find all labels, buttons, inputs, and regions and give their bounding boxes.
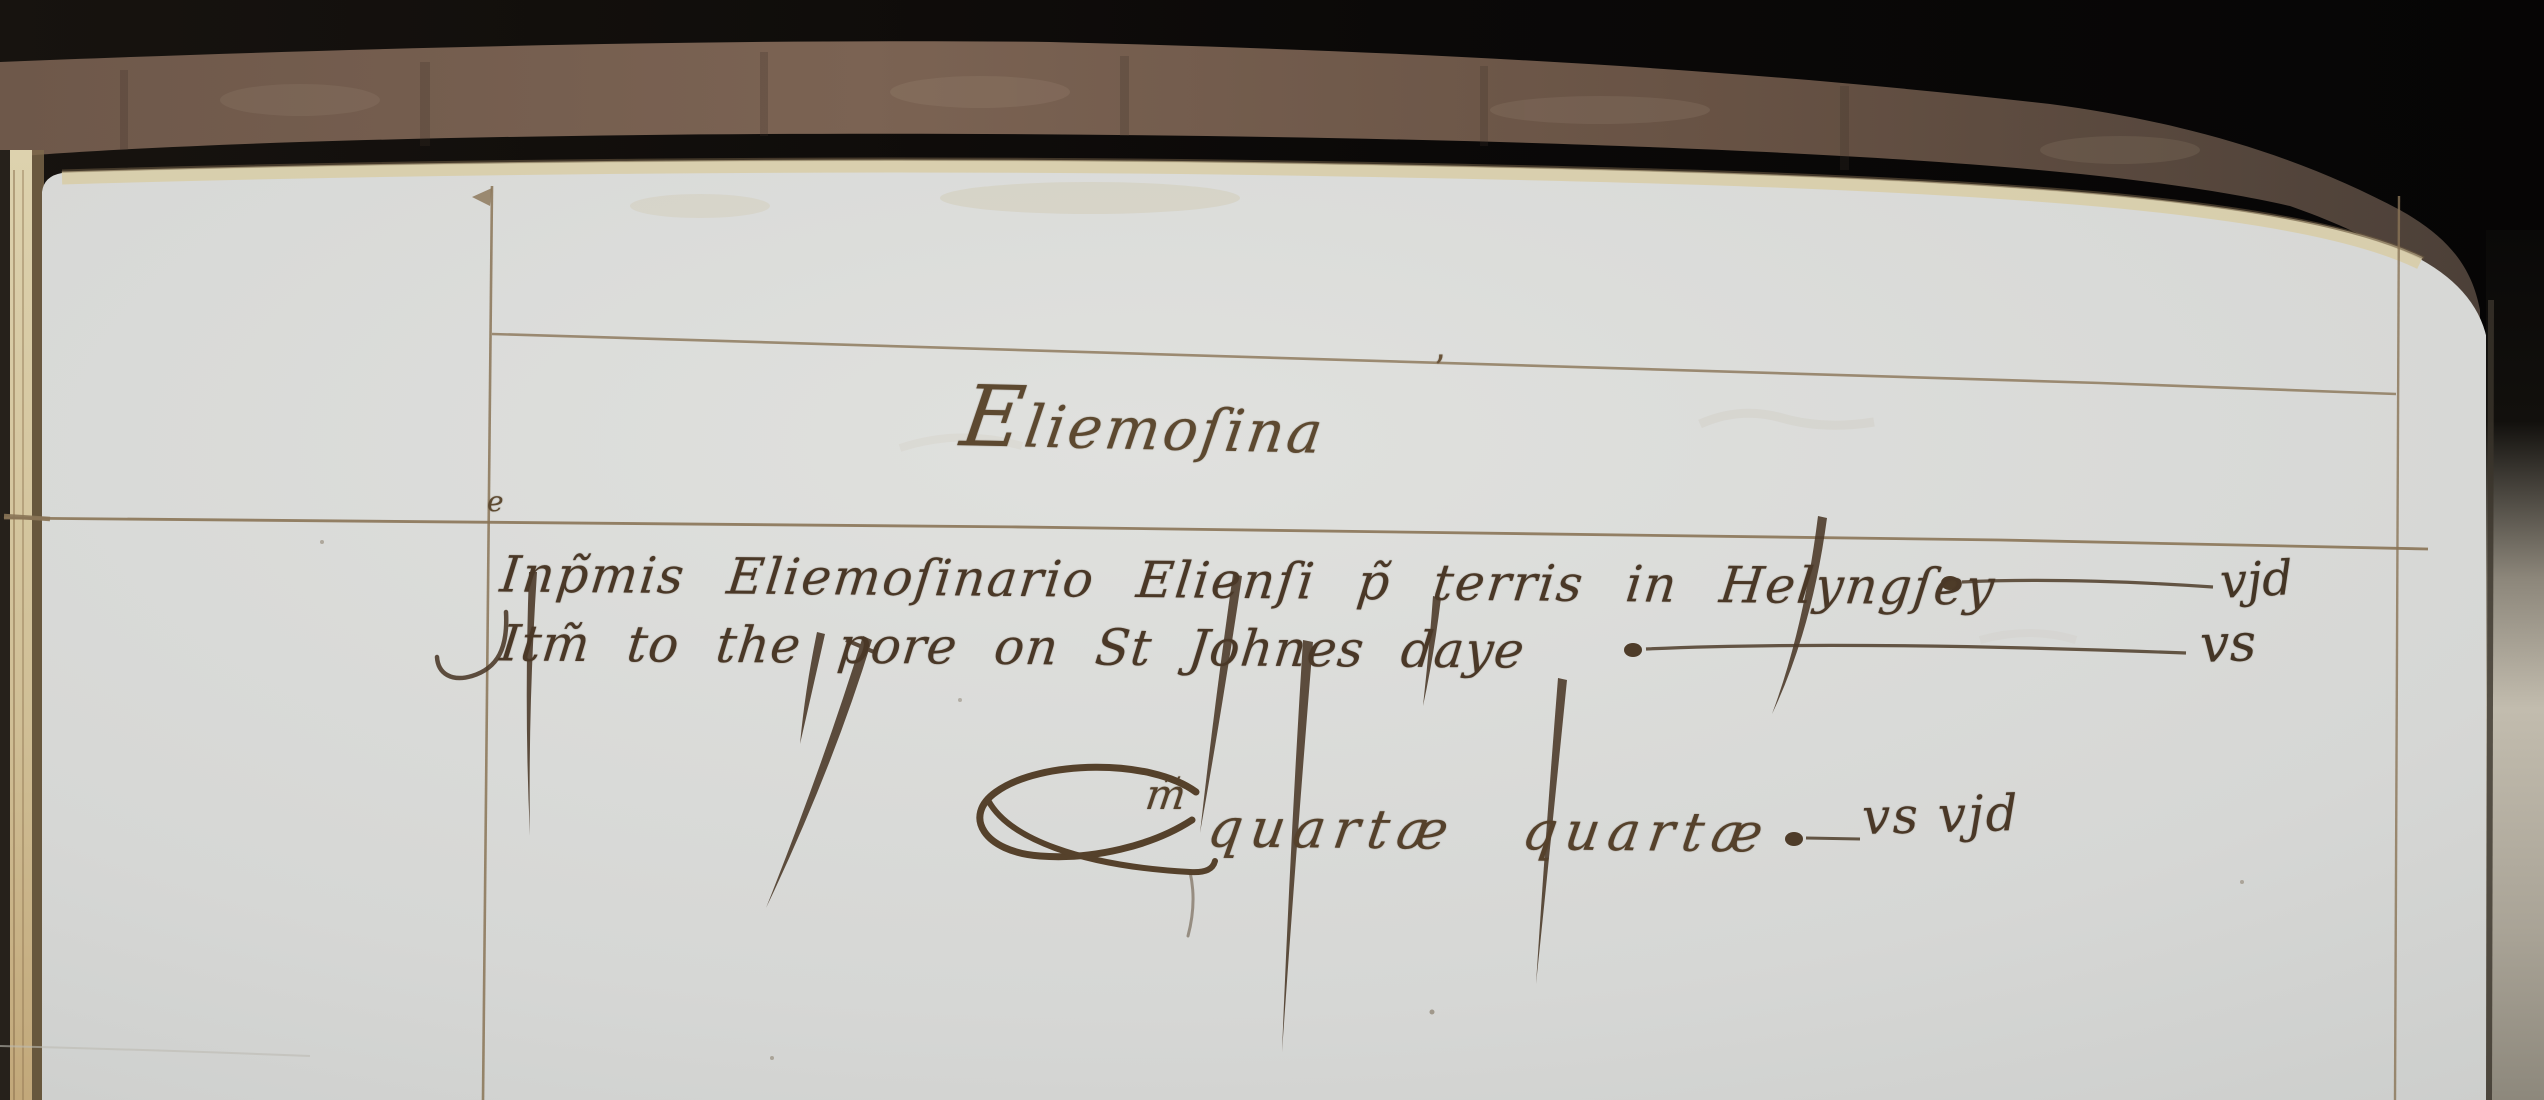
- right-fore-edge: [2486, 230, 2544, 1100]
- entry-line-2-text: Itm̃ to the pore on St Johnes daye: [498, 618, 1528, 675]
- sum-leader-dash: [1806, 838, 1860, 839]
- full-horizontal-rule-left-tick: [4, 516, 50, 519]
- manuscript-artwork: [0, 0, 2544, 1100]
- leader2-drop: [1624, 643, 1642, 657]
- left-fore-edge: [0, 150, 44, 1100]
- entry-line-2-amount: vs: [2199, 617, 2257, 671]
- stray-pen-mark: ’: [1434, 352, 1445, 388]
- sum-text: quartæ quartæ: [1204, 802, 1774, 861]
- sum-leader-drop: [1785, 832, 1803, 846]
- section-heading: Eliemoſina: [956, 374, 1332, 466]
- entry-line-1-text: Inp̃mis Eliemoſinario Elienſi p̃ terris …: [498, 549, 1999, 612]
- sum-abbreviation: m̃: [1143, 774, 1189, 816]
- entry-line-1-amount: vjd: [2219, 554, 2294, 606]
- sum-amount: vs vjd: [1861, 788, 2020, 842]
- margin-entry-mark: e: [487, 488, 504, 516]
- manuscript-photo: Eliemoſina ’ e Inp̃mis Eliemoſinario Eli…: [0, 0, 2544, 1100]
